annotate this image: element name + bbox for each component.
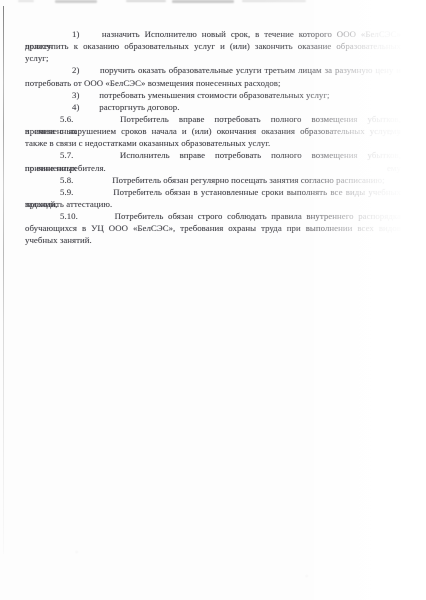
scan-smudge [242, 0, 306, 2]
scan-smudge [172, 0, 234, 3]
line-text: потребовать уменьшения стоимости образов… [99, 90, 329, 100]
text-line: также в связи с недостатками оказанных о… [25, 137, 401, 149]
line-text: поручить оказать образовательные услуги … [100, 65, 401, 75]
line-number: 5.6. [25, 113, 110, 125]
text-line: приступить к оказанию образовательных ус… [25, 40, 401, 52]
line-text: приступить к оказанию образовательных ус… [25, 41, 401, 51]
line-number: 3) [25, 89, 97, 101]
text-line: потребовать от ООО «БелСЭС» возмещения п… [25, 77, 401, 89]
scan-smudge [126, 0, 166, 2]
line-text: Потребитель обязан строго соблюдать прав… [115, 211, 401, 221]
line-text: обучающихся в УЦ ООО «БелСЭС», требовани… [25, 223, 401, 233]
line-number: 5.10. [25, 210, 110, 222]
line-text: Потребитель обязан регулярно посещать за… [112, 175, 384, 185]
text-line: 5.6. Потребитель вправе потребовать полн… [25, 113, 401, 125]
text-line: 1) назначить Исполнителю новый срок, в т… [25, 28, 401, 40]
line-number: 2) [25, 64, 97, 76]
text-line: 3) потребовать уменьшения стоимости обра… [25, 89, 401, 101]
text-line: 5.10. Потребитель обязан строго соблюдат… [25, 210, 401, 222]
text-line: 2) поручить оказать образовательные услу… [25, 64, 401, 76]
line-text: расторгнуть договор. [99, 102, 179, 112]
scan-smudge [18, 0, 34, 2]
scan-speck [414, 7, 417, 11]
line-text: по вине потребителя. [25, 163, 106, 173]
line-text: потребовать от ООО «БелСЭС» возмещения п… [25, 78, 281, 88]
text-line: 5.9. Потребитель обязан в установленные … [25, 186, 401, 198]
text-line: проходить аттестацию. [25, 198, 401, 210]
line-text: проходить аттестацию. [25, 199, 112, 209]
line-number: 5.8. [25, 174, 110, 186]
document-body: 1) назначить Исполнителю новый срок, в т… [25, 28, 401, 247]
document-page: 1) назначить Исполнителю новый срок, в т… [0, 0, 426, 600]
scan-edge-line [3, 6, 4, 554]
line-text: учебных занятий. [25, 235, 92, 245]
line-number: 1) [25, 28, 97, 40]
line-text: в связи с нарушением сроков начала и (ил… [25, 126, 401, 136]
scan-smudge [55, 0, 97, 3]
text-line: 4) расторгнуть договор. [25, 101, 401, 113]
text-line: в связи с нарушением сроков начала и (ил… [25, 125, 401, 137]
line-number: 5.9. [25, 186, 110, 198]
line-number: 4) [25, 101, 97, 113]
line-text: услуг; [25, 53, 48, 63]
text-line: 5.8. Потребитель обязан регулярно посеща… [25, 174, 401, 186]
text-line: услуг; [25, 52, 401, 64]
text-line: учебных занятий. [25, 234, 401, 246]
line-number: 5.7. [25, 149, 110, 161]
text-line: обучающихся в УЦ ООО «БелСЭС», требовани… [25, 222, 401, 234]
text-line: 5.7. Исполнитель вправе потребовать полн… [25, 149, 401, 161]
line-text: также в связи с недостатками оказанных о… [25, 138, 270, 148]
